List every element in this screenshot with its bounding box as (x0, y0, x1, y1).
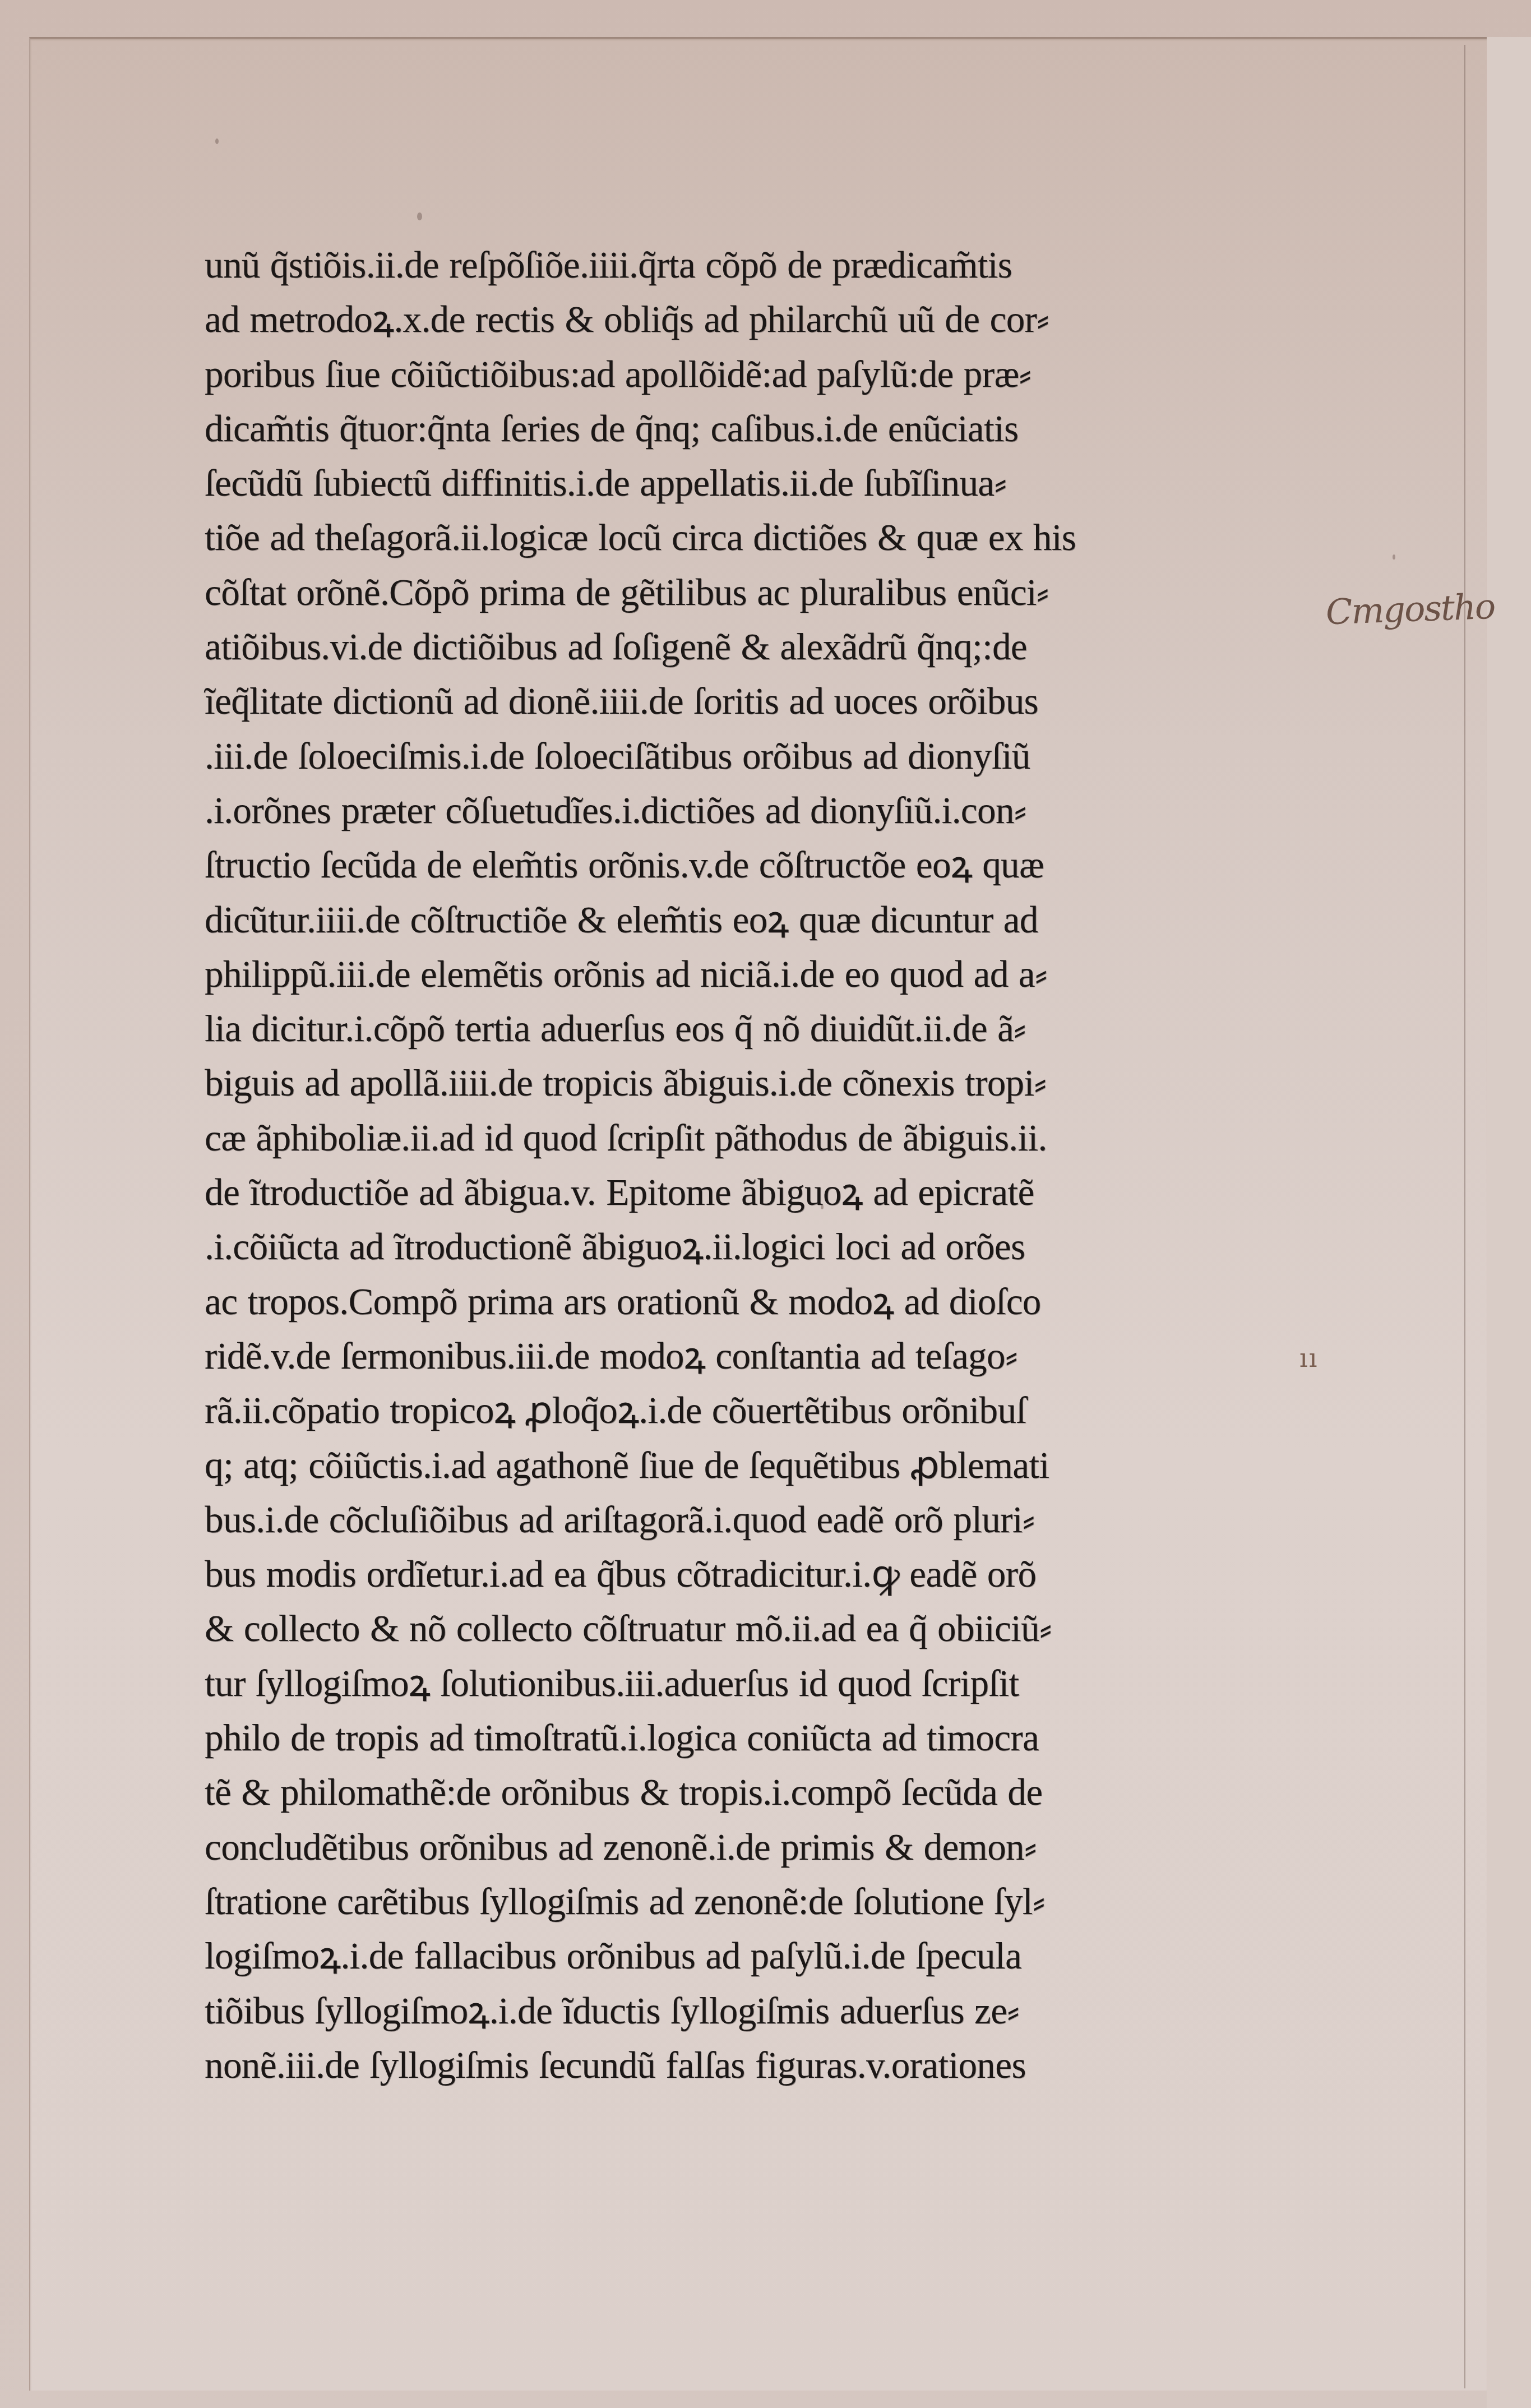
text-line: tẽ & philomathẽ:de orõnibus & tropis.i.c… (205, 1765, 1287, 1820)
paper-speck (417, 212, 422, 220)
text-line: concludẽtibus orõnibus ad zenonẽ.i.de pr… (205, 1820, 1287, 1875)
margin-tick-mark: ıı (1299, 1343, 1318, 1373)
paper-speck (1393, 554, 1395, 560)
text-line: .i.cõiũcta ad ĩtroductionẽ ãbiguoꝝ.ii.lo… (205, 1220, 1287, 1274)
text-line: unũ q̃stiõis.ii.de reſpõſiõe.iiii.q̃rta … (205, 238, 1287, 293)
text-line: atiõibus.vi.de dictiõibus ad ſoſigenẽ & … (205, 620, 1287, 674)
text-line: bus modis ordĩetur.i.ad ea q̃bus cõtradi… (205, 1547, 1287, 1602)
text-line: rã.ii.cõpatio tropicoꝝ ꝓloq̃oꝝ.i.de cõue… (205, 1384, 1287, 1438)
printed-text-block: unũ q̃stiõis.ii.de reſpõſiõe.iiii.q̃rta … (205, 238, 1287, 2093)
page-fold-line (1464, 45, 1465, 2388)
text-line: cæ ãphiboliæ.ii.ad id quod ſcripſit pãth… (205, 1111, 1287, 1166)
text-line: ĩeq̃litate dictionũ ad dionẽ.iiii.de ſor… (205, 674, 1287, 729)
text-line: ſtructio ſecũda de elem̃tis orõnis.v.de … (205, 838, 1287, 893)
paper-speck (215, 138, 219, 144)
text-line: dicam̃tis q̃tuor:q̃nta ſeries de q̃nq; c… (205, 402, 1287, 456)
text-line: .iii.de ſoloeciſmis.i.de ſoloeciſãtibus … (205, 729, 1287, 784)
text-line: tur ſyllogiſmoꝝ ſolutionibus.iii.aduerſu… (205, 1657, 1287, 1711)
text-line: ad metrodoꝝ.x.de rectis & obliq̃s ad phi… (205, 293, 1287, 347)
text-line: ridẽ.v.de ſermonibus.iii.de modoꝝ conſta… (205, 1329, 1287, 1384)
text-line: poribus ſiue cõiũctiõibus:ad apollõidẽ:a… (205, 348, 1287, 402)
text-line: tiõibus ſyllogiſmoꝝ.i.de ĩductis ſyllogi… (205, 1984, 1287, 2039)
text-line: tiõe ad theſagorã.ii.logicæ locũ circa d… (205, 511, 1287, 565)
text-line: de ĩtroductiõe ad ãbigua.v. Epitome ãbig… (205, 1166, 1287, 1220)
text-line: ac tropos.Compõ prima ars orationũ & mod… (205, 1275, 1287, 1329)
text-line: dicũtur.iiii.de cõſtructiõe & elem̃tis e… (205, 893, 1287, 948)
text-line: & collecto & nõ collecto cõſtruatur mõ.i… (205, 1602, 1287, 1656)
text-line: nonẽ.iii.de ſyllogiſmis ſecundũ falſas f… (205, 2039, 1287, 2093)
text-line: philo de tropis ad timoſtratũ.i.logica c… (205, 1711, 1287, 1765)
text-line: cõſtat orõnẽ.Cõpõ prima de gẽtilibus ac … (205, 566, 1287, 620)
text-line: ſtratione carẽtibus ſyllogiſmis ad zenon… (205, 1875, 1287, 1929)
handwritten-marginal-note: Cmgostho (1325, 586, 1496, 632)
text-line: philippũ.iii.de elemẽtis orõnis ad niciã… (205, 948, 1287, 1002)
text-line: lia dicitur.i.cõpõ tertia aduerſus eos q… (205, 1002, 1287, 1056)
text-line: bus.i.de cõcluſiõibus ad ariſtagorã.i.qu… (205, 1493, 1287, 1547)
text-line: biguis ad apollã.iiii.de tropicis ãbigui… (205, 1056, 1287, 1111)
text-line: ſecũdũ ſubiectũ diffinitis.i.de appellat… (205, 456, 1287, 511)
text-line: .i.orõnes præter cõſuetudĩes.i.dictiões … (205, 784, 1287, 838)
text-line: q; atq; cõiũctis.i.ad agathonẽ ſiue de ſ… (205, 1439, 1287, 1493)
page-edge-right (1487, 37, 1531, 2408)
text-line: logiſmoꝝ.i.de fallacibus orõnibus ad paſ… (205, 1929, 1287, 1984)
